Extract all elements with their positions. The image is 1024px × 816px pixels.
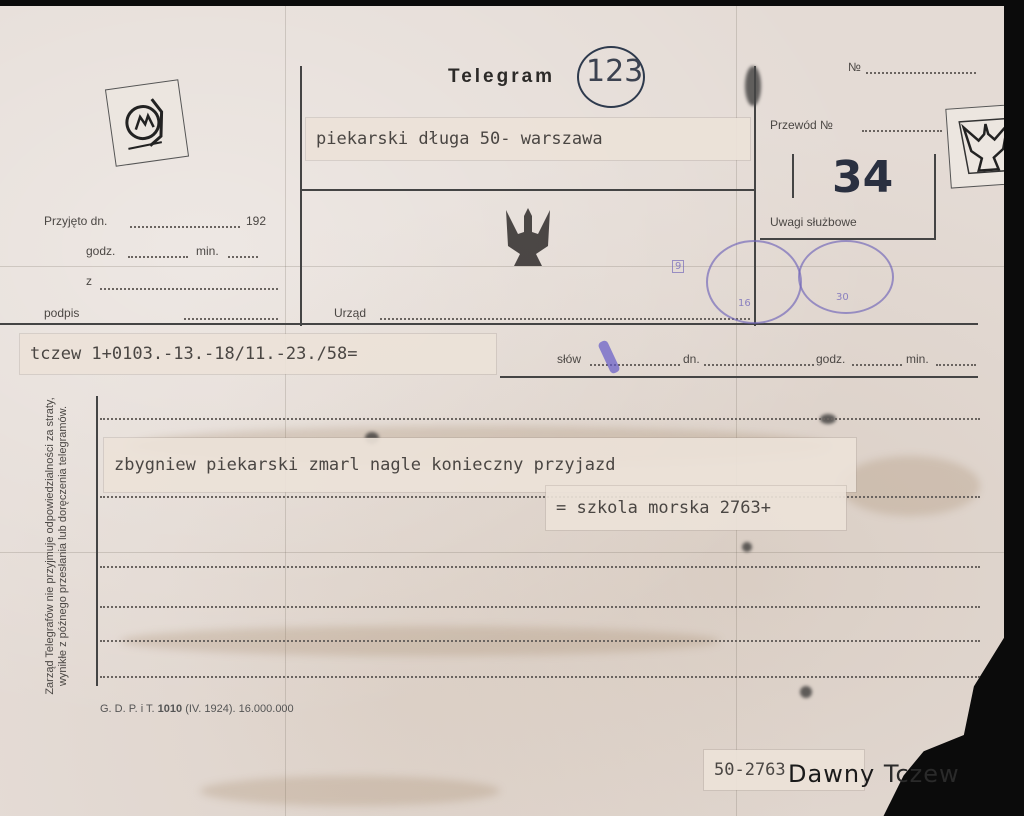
- print-code-suffix: (IV. 1924). 16.000.000: [182, 703, 294, 715]
- address-strip: piekarski długa 50- warszawa: [306, 118, 750, 160]
- received-label: Przyjęto dn.: [44, 214, 107, 228]
- minute-label: min.: [196, 244, 219, 258]
- watermark: Dawny Tczew: [788, 760, 960, 788]
- postmark: [706, 240, 802, 324]
- number-label: №: [848, 60, 861, 74]
- fold-line: [0, 552, 1004, 553]
- postage-stamp-left: [105, 79, 189, 167]
- office-field: [380, 318, 750, 320]
- document-title: Telegram: [448, 66, 555, 88]
- service-box-edge: [934, 154, 936, 240]
- number-field: [866, 72, 976, 74]
- from-label: z: [86, 274, 92, 288]
- rule-horizontal: [0, 323, 978, 325]
- print-code-prefix: G. D. P. i T.: [100, 703, 158, 715]
- stain: [840, 456, 980, 516]
- hour-field: [128, 256, 188, 258]
- words-label: słów: [557, 352, 581, 366]
- message-line: [100, 640, 980, 642]
- hour-field-2: [852, 364, 902, 366]
- message-line: [100, 496, 980, 498]
- stain: [200, 776, 500, 806]
- postmark-text: 30: [836, 292, 849, 303]
- ink-spot: [800, 686, 812, 698]
- postmark-text: 16: [738, 298, 751, 309]
- signature-label: podpis: [44, 306, 79, 320]
- day-field: [704, 364, 814, 366]
- watermark-word-2: Tczew: [884, 760, 960, 788]
- rule-vertical: [96, 396, 98, 686]
- print-code-number: 1010: [158, 703, 182, 715]
- message-line: [100, 676, 980, 678]
- ink-spot: [745, 66, 761, 106]
- service-number: 34: [832, 152, 893, 203]
- from-field: [100, 288, 278, 290]
- rule-vertical: [300, 66, 302, 326]
- message-line-1: zbygniew piekarski zmarl nagle konieczny…: [104, 438, 856, 492]
- message-line-2: = szkola morska 2763+: [546, 486, 846, 530]
- fold-line: [285, 6, 286, 816]
- hour-label-2: godz.: [816, 352, 845, 366]
- message-line: [100, 418, 980, 420]
- ink-mark: [597, 339, 620, 374]
- route-label: Przewód №: [770, 118, 833, 132]
- polish-eagle-icon: [500, 206, 556, 272]
- signature-field: [184, 318, 278, 320]
- service-box-edge: [792, 154, 794, 198]
- postage-stamp-right: [945, 103, 1024, 188]
- ink-spot: [742, 542, 752, 552]
- received-date-field: [130, 226, 240, 228]
- office-label: Urząd: [334, 306, 366, 320]
- words-field: [590, 364, 680, 366]
- watermark-word-1: Dawny: [788, 760, 875, 788]
- received-year: 192: [246, 214, 266, 228]
- postmark-text: 9: [672, 260, 684, 273]
- minute-field: [228, 256, 258, 258]
- origin-strip: tczew 1+0103.-13.-18/11.-23./58=: [20, 334, 496, 374]
- telegram-paper: Telegram 123 № Przewód № 34 Uwagi służbo…: [0, 6, 1004, 816]
- route-field: [862, 130, 942, 132]
- minute-label-2: min.: [906, 352, 929, 366]
- message-line: [100, 606, 980, 608]
- minute-field-2: [936, 364, 976, 366]
- rule-horizontal: [500, 376, 978, 378]
- day-label: dn.: [683, 352, 700, 366]
- liability-disclaimer: Zarząd Telegrafów nie przyjmuje odpowied…: [44, 396, 70, 696]
- rule-horizontal: [300, 189, 754, 191]
- service-notes-label: Uwagi służbowe: [770, 215, 857, 229]
- message-line: [100, 566, 980, 568]
- hour-label: godz.: [86, 244, 115, 258]
- circled-number: 123: [586, 54, 643, 89]
- emblem-icon: [115, 90, 179, 155]
- eagle-stamp-icon: [955, 114, 1019, 178]
- print-code: G. D. P. i T. 1010 (IV. 1924). 16.000.00…: [100, 703, 294, 715]
